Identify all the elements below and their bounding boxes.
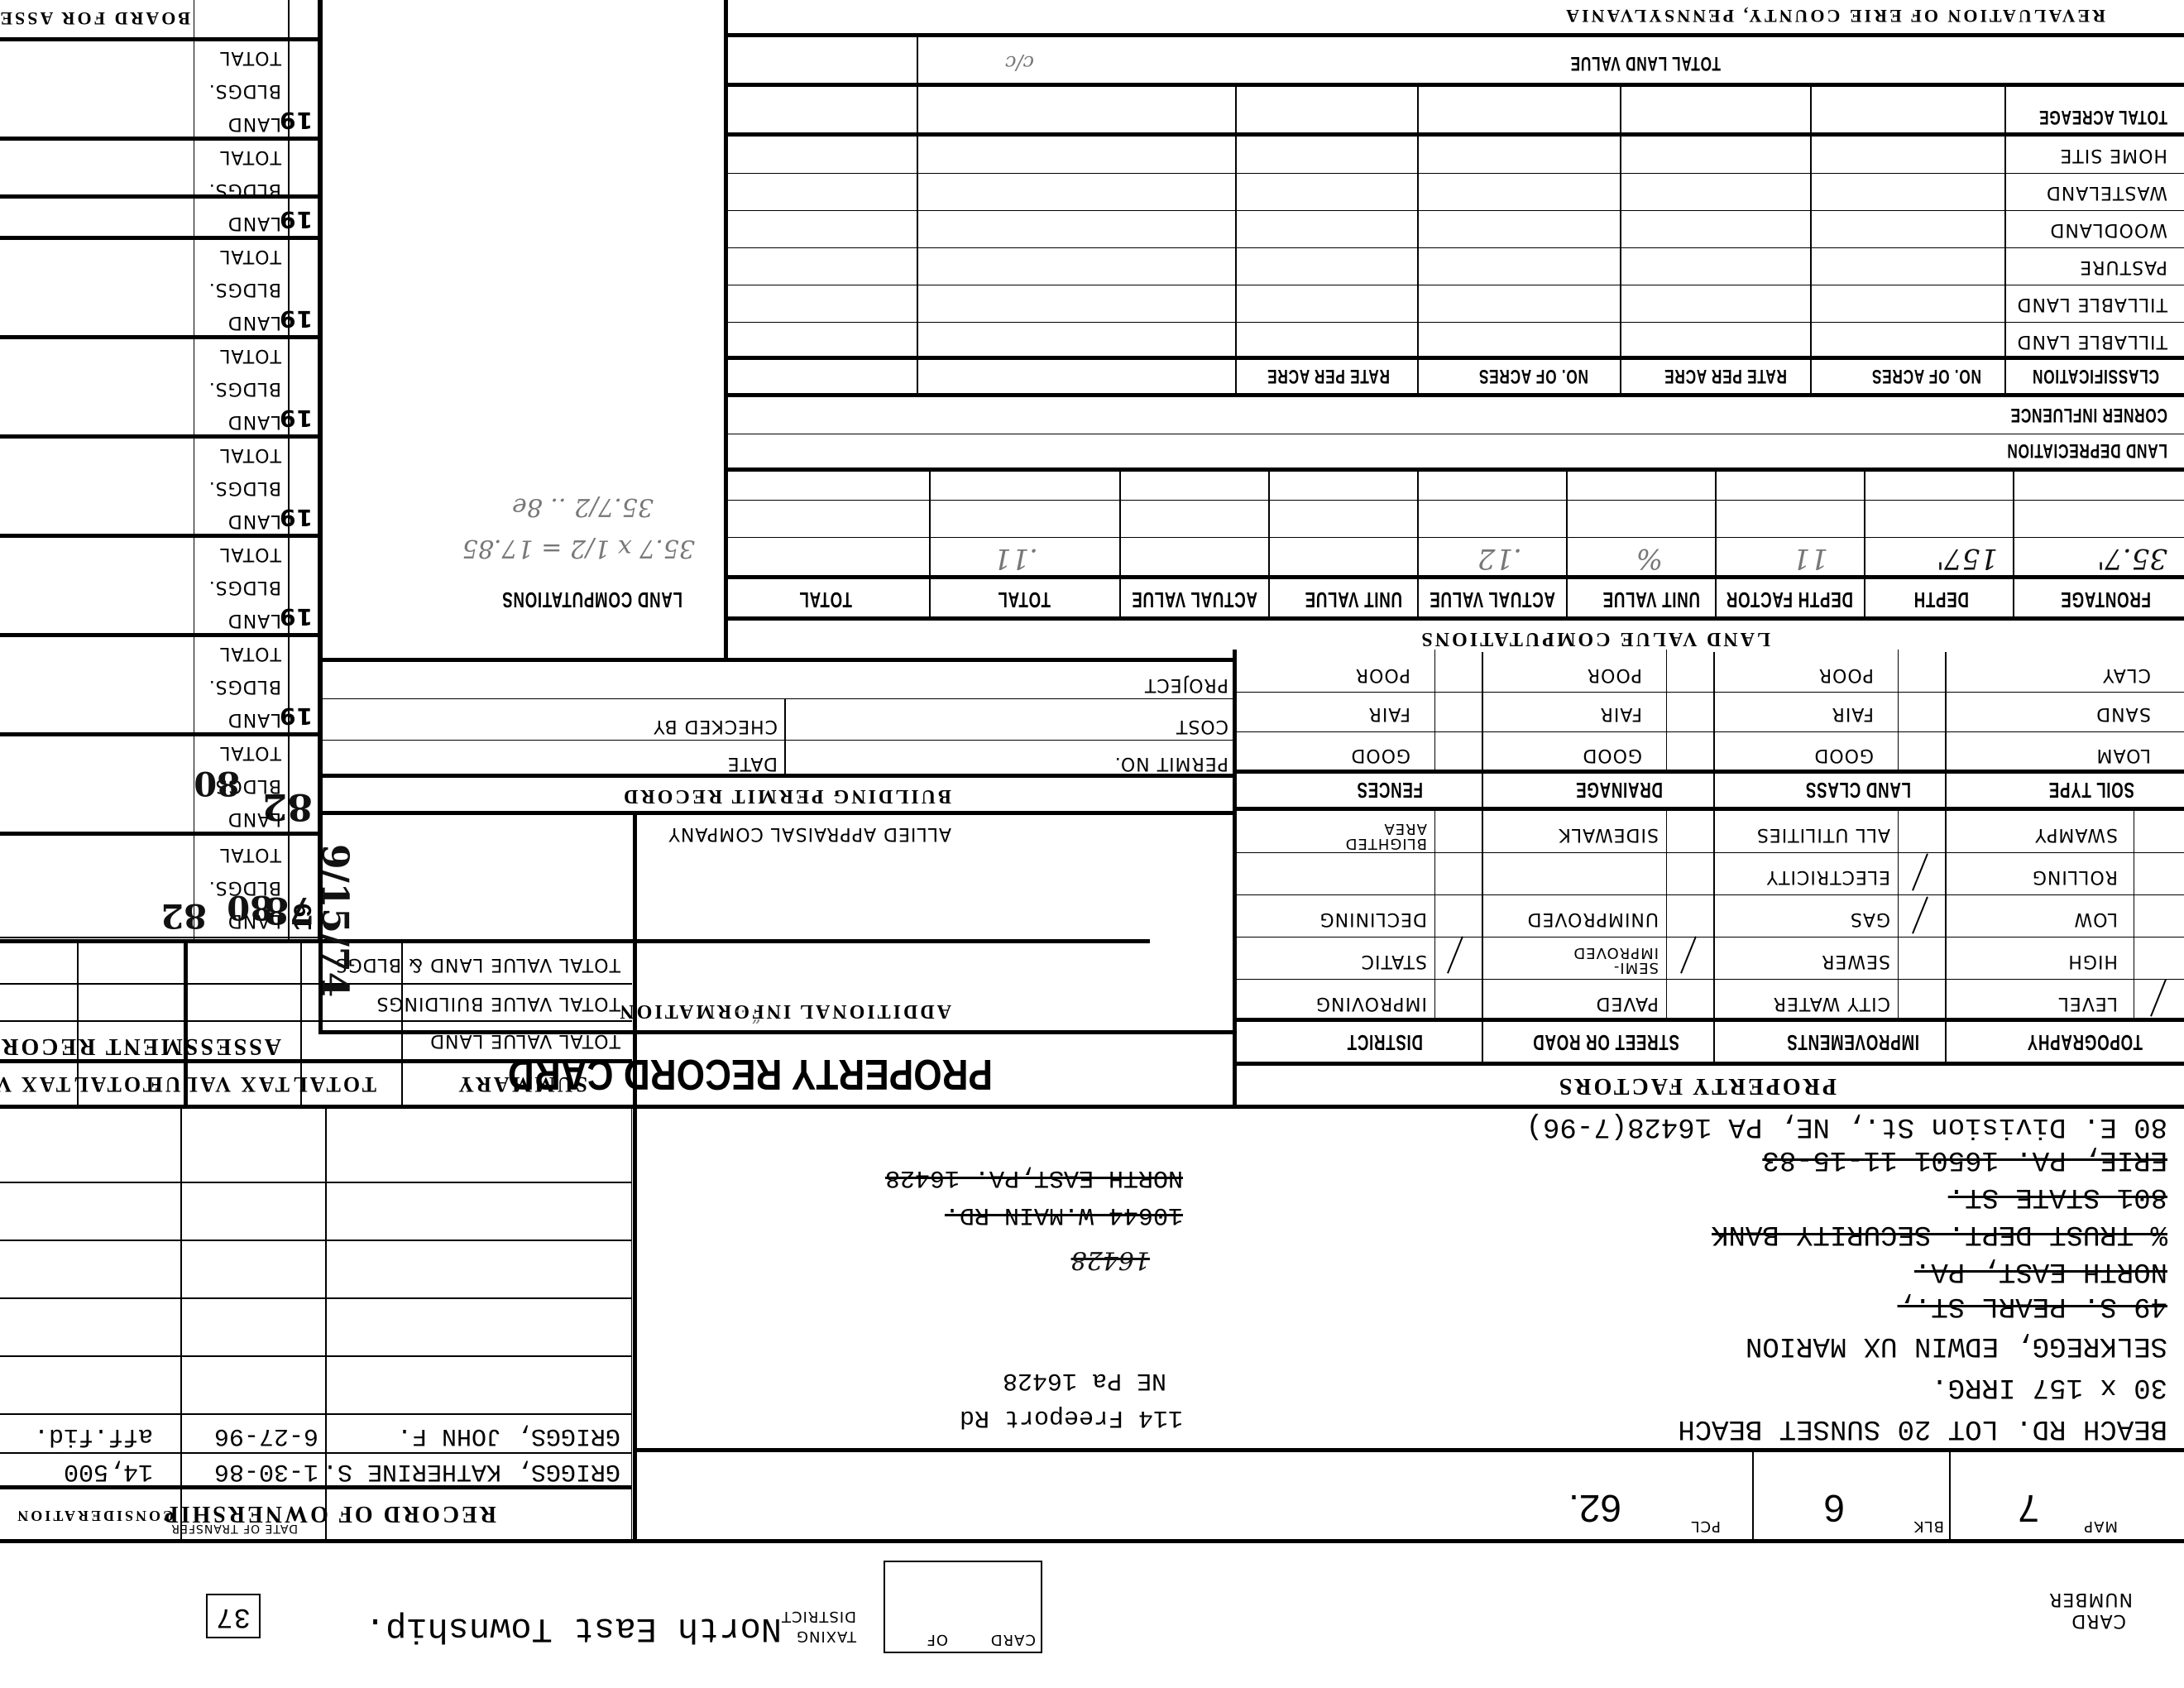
divider bbox=[0, 1182, 632, 1183]
old-city-struck: NORTH EAST,PA. 16428 bbox=[885, 1163, 1183, 1192]
factor-electricity: ELECTRICITY bbox=[1766, 866, 1890, 887]
factor-rolling: ROLLING bbox=[2032, 866, 2118, 887]
divider bbox=[1237, 894, 2184, 895]
permit-cost-label: COST bbox=[1176, 716, 1228, 736]
col-unit-value-2: UNIT VALUE bbox=[1305, 587, 1402, 612]
owner-name: GRIGGS, KATHERINE S. bbox=[323, 1457, 620, 1485]
divider bbox=[1417, 472, 1419, 621]
divider bbox=[1810, 83, 1812, 397]
divider bbox=[0, 1413, 632, 1415]
land-label: LAND bbox=[227, 312, 281, 333]
factor-gas: GAS bbox=[1850, 909, 1890, 929]
class-wasteland: WASTELAND bbox=[2046, 182, 2167, 203]
check-mark-semi-improved[interactable] bbox=[1680, 936, 1697, 973]
district-label: DISTRICT bbox=[781, 1608, 856, 1625]
factor-sewer: SEWER bbox=[1821, 951, 1890, 971]
summary-row-land-bldgs: TOTAL VALUE LAND & BLDGS. bbox=[328, 954, 620, 975]
drainage-good: GOOD bbox=[1582, 745, 1642, 765]
map-label: MAP bbox=[2083, 1518, 2118, 1535]
factor-sidewalk: SIDEWALK bbox=[1558, 824, 1659, 845]
divider bbox=[728, 468, 2184, 472]
drainage-poor: POOR bbox=[1587, 664, 1642, 685]
address-line-struck: 801 STATE ST. bbox=[1948, 1181, 2167, 1212]
col-total: TOTAL bbox=[998, 587, 1051, 612]
divider bbox=[323, 658, 1237, 662]
factor-semi-improved: SEMI-IMPROVED bbox=[1559, 945, 1659, 975]
divider bbox=[1666, 650, 1667, 774]
summary-tax-value-header: TAX VALUE bbox=[146, 1072, 290, 1096]
divider bbox=[1237, 1062, 2184, 1066]
card-number-label-line1: CARD bbox=[2071, 1610, 2126, 1630]
consideration-header: CONSIDERATION bbox=[15, 1507, 174, 1524]
divider bbox=[180, 1109, 182, 1543]
soil-sand: SAND bbox=[2095, 703, 2151, 724]
corner-influence-label: CORNER INFLUENCE bbox=[2010, 403, 2167, 426]
depth-value[interactable]: 157' bbox=[1937, 542, 1998, 575]
divider bbox=[728, 210, 2184, 211]
handwritten-assessment: 80 bbox=[194, 764, 240, 803]
year-prefix: 19 bbox=[279, 305, 313, 333]
col-no-of-acres-2: NO. OF ACRES bbox=[1478, 364, 1588, 387]
old-address-struck: 10644 W.MAIN RD. bbox=[945, 1201, 1183, 1229]
divider bbox=[1417, 83, 1419, 397]
check-mark-level[interactable] bbox=[2150, 979, 2167, 1016]
divider bbox=[77, 943, 79, 1109]
divider bbox=[728, 500, 2184, 501]
street-or-road-header: STREET OR ROAD bbox=[1532, 1029, 1679, 1055]
factor-swampy: SWAMPY bbox=[2034, 824, 2118, 845]
factor-static: STATIC bbox=[1361, 951, 1427, 971]
class-pasture: PASTURE bbox=[2079, 257, 2167, 277]
soil-loam: LOAM bbox=[2096, 745, 2151, 765]
factor-all-utilities: ALL UTILITIES bbox=[1756, 824, 1890, 845]
divider bbox=[0, 335, 318, 339]
fences-poor: POOR bbox=[1355, 664, 1410, 685]
total-label: TOTAL bbox=[219, 544, 281, 564]
property-factors-title: PROPERTY FACTORS bbox=[1557, 1072, 1837, 1099]
divider bbox=[1237, 1018, 2184, 1022]
land-label: LAND bbox=[227, 411, 281, 432]
divider bbox=[728, 393, 2184, 397]
divider bbox=[728, 285, 2184, 285]
divider bbox=[728, 356, 2184, 360]
summary-tax-value-header-2: TAX VALUE bbox=[0, 1072, 70, 1096]
divider bbox=[728, 322, 2184, 323]
divider bbox=[728, 173, 2184, 174]
divider bbox=[0, 534, 318, 538]
land-label: LAND bbox=[227, 113, 281, 134]
divider bbox=[2134, 811, 2134, 1022]
depth-factor-value[interactable]: 11 bbox=[1793, 542, 1828, 575]
class-tillable-1: TILLABLE LAND bbox=[2017, 331, 2167, 352]
building-permit-title: BUILDING PERMIT RECORD bbox=[621, 784, 951, 807]
handwritten-total: c/c bbox=[1005, 51, 1034, 74]
col-frontage: FRONTAGE bbox=[2061, 587, 2151, 612]
divider bbox=[728, 33, 2184, 37]
check-mark-electricity[interactable] bbox=[1912, 853, 1928, 890]
address-line: BEACH RD. LOT 20 SUNSET BEACH bbox=[1678, 1412, 2167, 1444]
divider bbox=[0, 434, 318, 439]
divider bbox=[0, 137, 318, 141]
col-actual-value-2: ACTUAL VALUE bbox=[1131, 587, 1257, 612]
divider bbox=[1237, 731, 2184, 732]
divider bbox=[631, 1109, 632, 1543]
mailing-address: 114 Freeport Rd bbox=[960, 1403, 1183, 1431]
col-actual-value: ACTUAL VALUE bbox=[1429, 587, 1555, 612]
taxing-label: TAXING bbox=[796, 1628, 856, 1645]
land-depreciation-label: LAND DEPRECIATION bbox=[2007, 439, 2167, 462]
pcl-label: PCL bbox=[1691, 1518, 1721, 1535]
divider bbox=[728, 537, 2184, 538]
factor-blighted-area: BLIGHTED AREA bbox=[1328, 821, 1427, 851]
divider bbox=[1949, 1452, 1951, 1543]
divider bbox=[0, 1452, 632, 1454]
divider bbox=[1233, 650, 1237, 1109]
total-value[interactable]: .11 bbox=[994, 542, 1038, 575]
checked-by-label: CHECKED BY bbox=[653, 716, 778, 736]
divider bbox=[1620, 83, 1621, 397]
divider bbox=[637, 1448, 2184, 1452]
divider bbox=[323, 698, 1237, 699]
divider bbox=[0, 37, 318, 41]
taxing-district-value: North East Township. bbox=[365, 1609, 782, 1648]
divider bbox=[1237, 692, 2184, 693]
frontage-value[interactable]: 35.7' bbox=[2097, 542, 2167, 575]
divider bbox=[633, 815, 637, 1543]
land-class-poor: POOR bbox=[1818, 664, 1874, 685]
check-mark-gas[interactable] bbox=[1912, 896, 1928, 933]
divider bbox=[0, 937, 318, 938]
drainage-fair: FAIR bbox=[1600, 703, 1642, 724]
year-prefix: 19 bbox=[279, 107, 313, 134]
owner-name: SELKREGG, EDWIN UX MARION bbox=[1746, 1330, 2167, 1361]
divider bbox=[1237, 770, 2184, 774]
divider bbox=[728, 132, 2184, 137]
col-depth: DEPTH bbox=[1913, 587, 1969, 612]
divider bbox=[1898, 650, 1899, 774]
total-label: TOTAL bbox=[219, 246, 281, 266]
divider bbox=[0, 1297, 632, 1299]
address-line-struck: ERIE, PA. 16501 11-15-83 bbox=[1762, 1144, 2167, 1175]
divider bbox=[0, 732, 318, 736]
divider bbox=[323, 1030, 1237, 1034]
divider bbox=[323, 740, 1237, 741]
divider bbox=[1237, 937, 2184, 938]
divider bbox=[917, 33, 918, 397]
of-label: OF bbox=[926, 1631, 948, 1648]
divider bbox=[728, 83, 2184, 87]
check-mark-static[interactable] bbox=[1447, 936, 1463, 973]
divider bbox=[0, 236, 318, 240]
divider bbox=[323, 774, 1237, 778]
divider bbox=[2004, 83, 2006, 397]
divider bbox=[1119, 472, 1121, 621]
summary-total-header-2: TOTAL bbox=[71, 1072, 157, 1096]
divider bbox=[1713, 652, 1715, 1066]
land-label: LAND bbox=[227, 709, 281, 730]
bldgs-label: BLDGS. bbox=[208, 577, 281, 597]
factor-declining: DECLINING bbox=[1319, 909, 1427, 929]
total-label: TOTAL bbox=[219, 47, 281, 68]
divider bbox=[323, 811, 1237, 815]
bldgs-label: BLDGS. bbox=[208, 80, 281, 101]
fences-good: GOOD bbox=[1350, 745, 1410, 765]
factor-low: LOW bbox=[2073, 909, 2118, 929]
actual-value[interactable]: .12 bbox=[1478, 542, 1522, 575]
bldgs-label: BLDGS. bbox=[208, 180, 281, 200]
divider bbox=[300, 943, 302, 1109]
transfer-date: 6-27-96 bbox=[214, 1422, 318, 1450]
summary-total-header: TOTAL bbox=[290, 1072, 376, 1096]
project-label: PROJECT bbox=[1144, 674, 1228, 695]
total-acreage-label: TOTAL ACREAGE bbox=[2038, 105, 2167, 128]
divider bbox=[1864, 472, 1865, 621]
divider bbox=[0, 1539, 2184, 1543]
card-label: CARD bbox=[990, 1631, 1036, 1648]
handwritten-assessment: 80 bbox=[227, 888, 273, 927]
stamp-number-box: 37 bbox=[206, 1594, 261, 1638]
land-label: LAND bbox=[227, 213, 281, 233]
land-label: LAND bbox=[227, 511, 281, 531]
divider bbox=[1945, 652, 1947, 1066]
total-label: TOTAL bbox=[219, 345, 281, 366]
property-record-card: CARD CARD NUMBER NUMBER CARD OF TAXING D… bbox=[0, 0, 2184, 1688]
fences-header: FENCES bbox=[1357, 777, 1423, 803]
divider bbox=[724, 0, 728, 662]
divider bbox=[1482, 652, 1483, 1066]
factor-city-water: CITY WATER bbox=[1773, 993, 1890, 1014]
transfer-date: 1-30-86 bbox=[214, 1457, 318, 1485]
board-header: BOARD FOR ASSESSMENT AND REVISION OF TAX… bbox=[0, 7, 190, 29]
divider bbox=[1898, 811, 1899, 1022]
address-line-struck: 49 S. PEARL ST., bbox=[1898, 1290, 2167, 1321]
summary-row-buildings: TOTAL VALUE BUILDINGS bbox=[376, 993, 620, 1014]
bldgs-label: BLDGS. bbox=[208, 378, 281, 399]
divider bbox=[0, 1485, 632, 1489]
total-label: TOTAL bbox=[219, 742, 281, 763]
divider bbox=[1235, 83, 1237, 397]
consideration: aff.fid. bbox=[34, 1422, 153, 1450]
date-of-transfer-header: DATE OF TRANSFER bbox=[170, 1522, 298, 1535]
address-line-struck: % TRUST DEPT. SECURITY BANK bbox=[1712, 1218, 2167, 1249]
divider bbox=[0, 939, 1150, 943]
divider bbox=[728, 575, 2184, 579]
appraisal-company: ALLIED APPRAISAL COMPANY bbox=[668, 823, 951, 844]
taxing-district-text: North East Township. bbox=[365, 1609, 782, 1648]
divider bbox=[0, 1240, 632, 1241]
owner-name: GRIGGS, JOHN F. bbox=[397, 1422, 620, 1450]
assessment-record-title: ASSESSMENT RECORD bbox=[0, 1033, 281, 1059]
land-class-good: GOOD bbox=[1813, 745, 1874, 765]
blk-label: BLK bbox=[1913, 1518, 1944, 1535]
land-class-fair: FAIR bbox=[1832, 703, 1874, 724]
year-prefix: 19 bbox=[279, 703, 313, 730]
col-unit-value: UNIT VALUE bbox=[1602, 587, 1700, 612]
drainage-header: DRAINAGE bbox=[1575, 777, 1663, 803]
divider bbox=[1434, 811, 1435, 1022]
permit-date-label: DATE bbox=[727, 753, 778, 774]
land-class-header: LAND CLASS bbox=[1805, 777, 1911, 803]
divider bbox=[1566, 472, 1568, 621]
total-label: TOTAL bbox=[219, 844, 281, 865]
total-label: TOTAL bbox=[219, 444, 281, 465]
year-prefix: 19 bbox=[279, 405, 313, 432]
map-value: 7 bbox=[2018, 1486, 2039, 1531]
divider bbox=[1237, 979, 2184, 980]
divider bbox=[1434, 650, 1435, 774]
divider bbox=[0, 1105, 2184, 1109]
divider bbox=[2013, 472, 2014, 621]
land-value-title: LAND VALUE COMPUTATIONS bbox=[1419, 627, 1770, 650]
handwritten-note: “ .. bbox=[735, 1005, 761, 1026]
divider bbox=[184, 943, 188, 1109]
land-label: LAND bbox=[227, 610, 281, 631]
col-classification: CLASSIFICATION bbox=[2032, 364, 2159, 387]
improvements-header: IMPROVEMENTS bbox=[1786, 1029, 1919, 1055]
divider bbox=[0, 832, 318, 836]
card-of-box[interactable]: CARD OF bbox=[884, 1561, 1042, 1653]
pcl-value: 62. bbox=[1569, 1486, 1621, 1531]
permit-no-label: PERMIT NO. bbox=[1114, 753, 1228, 774]
divider bbox=[1715, 472, 1717, 621]
handwritten-zip: 16428 bbox=[1071, 1245, 1150, 1274]
address-line-current: 80 E. Division St., NE, PA 16428(7-96) bbox=[1526, 1110, 2167, 1142]
divider bbox=[0, 633, 318, 637]
consideration: 14,500 bbox=[64, 1457, 153, 1485]
land-label: LAND bbox=[227, 808, 281, 829]
factor-improving: IMPROVING bbox=[1315, 993, 1427, 1014]
blk-value: 6 bbox=[1823, 1486, 1845, 1531]
soil-type-header: SOIL TYPE bbox=[2048, 777, 2134, 803]
col-total-2: TOTAL bbox=[799, 587, 852, 612]
address-line-struck: NORTH EAST, PA. bbox=[1914, 1255, 2167, 1287]
number-label: NUMBER bbox=[2048, 1589, 2133, 1609]
divider bbox=[318, 0, 318, 943]
class-home-site: HOME SITE bbox=[2059, 145, 2167, 165]
divider bbox=[1752, 1452, 1754, 1543]
handwritten-assessment: 82 bbox=[160, 896, 207, 935]
stamp-number: 37 bbox=[215, 1600, 251, 1632]
handwritten-computation: 35.7 x 1/2 = 17.85 bbox=[462, 534, 695, 563]
factor-high: HIGH bbox=[2067, 951, 2118, 971]
topography-header: TOPOGRAPHY bbox=[2027, 1029, 2143, 1055]
bldgs-label: BLDGS. bbox=[208, 477, 281, 498]
district-header: DISTRICT bbox=[1347, 1029, 1423, 1055]
bldgs-label: BLDGS. bbox=[208, 279, 281, 300]
mailing-city: NE Pa 16428 bbox=[1003, 1366, 1166, 1394]
class-tillable-2: TILLABLE LAND bbox=[2017, 294, 2167, 314]
revaluation-header: REVALUATION OF ERIE COUNTY, PENNSYLVANIA bbox=[1564, 5, 2105, 26]
divider bbox=[784, 699, 786, 778]
class-woodland: WOODLAND bbox=[2049, 219, 2167, 240]
factor-unimproved: UNIMPROVED bbox=[1527, 909, 1659, 929]
address-line: 30 x 157 IRRG. bbox=[1931, 1371, 2167, 1403]
col-depth-factor: DEPTH FACTOR bbox=[1726, 587, 1853, 612]
divider bbox=[929, 472, 931, 621]
divider bbox=[0, 1020, 632, 1022]
divider bbox=[1666, 811, 1667, 1022]
divider bbox=[1237, 852, 2184, 853]
divider bbox=[1237, 807, 2184, 811]
total-land-value-label: TOTAL LAND VALUE bbox=[1570, 51, 1721, 74]
land-computations-title: LAND COMPUTATIONS bbox=[502, 587, 682, 612]
factor-level: LEVEL bbox=[2058, 993, 2118, 1014]
divider bbox=[728, 247, 2184, 248]
col-rate-per-acre: RATE PER ACRE bbox=[1664, 364, 1787, 387]
total-label: TOTAL bbox=[219, 146, 281, 167]
col-rate-per-acre-2: RATE PER ACRE bbox=[1267, 364, 1390, 387]
total-label: TOTAL bbox=[219, 643, 281, 664]
divider bbox=[1268, 472, 1270, 621]
bldgs-label: BLDGS. bbox=[208, 676, 281, 697]
soil-clay: CLAY bbox=[2102, 664, 2151, 685]
col-no-of-acres: NO. OF ACRES bbox=[1871, 364, 1981, 387]
fences-fair: FAIR bbox=[1368, 703, 1410, 724]
factor-paved: PAVED bbox=[1596, 993, 1659, 1014]
year-prefix: 19 bbox=[279, 603, 313, 631]
year-prefix: 19 bbox=[279, 504, 313, 531]
handwritten-computation: 35.7/2 .. 8e bbox=[512, 492, 654, 521]
year-prefix: 19 bbox=[279, 206, 313, 233]
additional-info-title: ADDITIONAL INFORMATION bbox=[617, 1000, 951, 1022]
card-title: PROPERTY RECORD CARD bbox=[508, 1049, 993, 1099]
divider bbox=[0, 1355, 632, 1357]
divider bbox=[728, 434, 2184, 434]
divider bbox=[318, 0, 323, 1034]
divider bbox=[728, 616, 2184, 621]
unit-value[interactable]: % bbox=[1636, 542, 1663, 575]
